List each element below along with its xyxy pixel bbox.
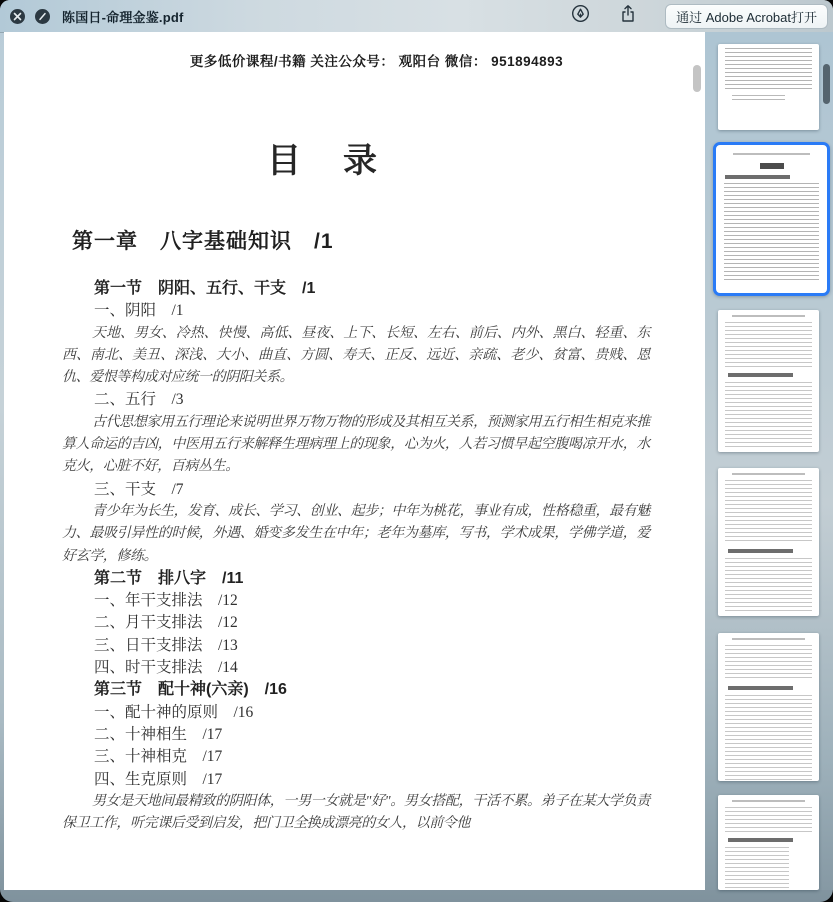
screen: { "titlebar": { "title": "陈国日-命理金鉴.pdf",… — [0, 0, 833, 902]
thumb-text-lines — [725, 382, 812, 448]
thumb-text-lines — [725, 807, 812, 833]
thumb-chapter-heading — [728, 686, 793, 690]
chapter-1-heading: 第一章 八字基础知识 /1 — [72, 225, 334, 255]
thumbnail-page-2-selected[interactable] — [713, 142, 830, 296]
toc-paragraph: 天地、男女、冷热、快慢、高低、昼夜、上下、长短、左右、前后、内外、黑白、轻重、东… — [62, 323, 650, 390]
thumb-running-head — [732, 473, 805, 475]
thumb-running-head — [733, 153, 810, 155]
open-with-acrobat-label: 通过 Adobe Acrobat打开 — [676, 7, 817, 26]
thumb-text-lines — [725, 480, 812, 544]
toc-line: 第三节 配十神(六亲) /16 — [62, 679, 650, 701]
toc-line: 四、时干支排法 /14 — [62, 657, 650, 679]
thumb-text-lines — [725, 322, 812, 368]
window-title: 陈国日-命理金鉴.pdf — [62, 7, 184, 26]
toc-line: 三、日干支排法 /13 — [62, 635, 650, 657]
titlebar: 陈国日-命理金鉴.pdf — [0, 0, 833, 33]
thumbnail-sidebar — [705, 32, 833, 890]
toc-line: 二、十神相生 /17 — [62, 724, 650, 746]
thumb-text-lines — [725, 645, 812, 681]
thumb-text-lines — [724, 183, 819, 283]
thumb-running-head — [732, 800, 805, 802]
toc-line: 一、阴阳 /1 — [62, 300, 650, 322]
toc-line: 二、五行 /3 — [62, 389, 650, 411]
thumbnail-page-3[interactable] — [718, 310, 819, 452]
markup-pen-icon — [571, 4, 590, 28]
toc-line: 三、十神相克 /17 — [62, 746, 650, 768]
toc-paragraph: 男女是天地间最精致的阴阳体，一男一女就是"好"。男女搭配，干活不累。弟子在某大学… — [62, 791, 650, 836]
toc-page-title: 目 录 — [4, 133, 644, 182]
document-scrollbar[interactable] — [693, 65, 701, 92]
thumb-text-lines — [725, 695, 812, 781]
thumb-toc-title — [760, 163, 784, 169]
open-with-acrobat-button[interactable]: 通过 Adobe Acrobat打开 — [665, 4, 828, 29]
sidebar-scrollbar[interactable] — [823, 64, 830, 104]
share-button[interactable] — [617, 5, 639, 27]
thumb-text-lines — [725, 48, 812, 92]
toc-paragraph: 古代思想家用五行理论来说明世界万物万物的形成及其相互关系，预测家用五行相生相克来… — [62, 412, 650, 479]
close-button[interactable] — [10, 9, 25, 24]
stop-icon — [37, 11, 48, 22]
thumb-chapter-heading — [728, 549, 793, 553]
share-icon — [619, 4, 637, 29]
toc-line: 第一节 阴阳、五行、干支 /1 — [62, 278, 650, 300]
markup-button[interactable] — [569, 5, 591, 27]
thumb-text-lines — [725, 847, 789, 890]
thumb-chapter-heading — [725, 175, 790, 179]
toc-line: 第二节 排八字 /11 — [62, 568, 650, 590]
thumb-text-lines — [725, 558, 812, 614]
titlebar-actions: 通过 Adobe Acrobat打开 — [569, 4, 833, 29]
pdf-page-view: 更多低价课程/书籍 关注公众号： 观阳台 微信： 951894893 目 录 第… — [4, 32, 705, 890]
thumbnail-page-1[interactable] — [718, 44, 819, 130]
thumbnail-page-6[interactable] — [718, 795, 819, 890]
thumbnail-page-4[interactable] — [718, 468, 819, 616]
toc-body: 第一节 阴阳、五行、干支 /1 一、阴阳 /1 天地、男女、冷热、快慢、高低、昼… — [62, 278, 650, 835]
thumb-running-head — [732, 315, 805, 317]
thumbnail-page-5[interactable] — [718, 633, 819, 781]
thumb-chapter-heading — [728, 838, 793, 842]
thumb-text-lines — [732, 95, 785, 103]
thumb-running-head — [732, 638, 805, 640]
toc-line: 一、配十神的原则 /16 — [62, 702, 650, 724]
toc-line: 二、月干支排法 /12 — [62, 612, 650, 634]
close-icon — [13, 12, 22, 21]
promo-header: 更多低价课程/书籍 关注公众号： 观阳台 微信： 951894893 — [4, 50, 705, 70]
preview-window: 陈国日-命理金鉴.pdf — [0, 0, 833, 902]
stop-button[interactable] — [35, 9, 50, 24]
thumb-chapter-heading — [728, 373, 793, 377]
toc-line: 四、生克原则 /17 — [62, 769, 650, 791]
toc-line: 三、干支 /7 — [62, 479, 650, 501]
toc-line: 一、年干支排法 /12 — [62, 590, 650, 612]
toc-paragraph: 青少年为长生，发育、成长、学习、创业、起步；中年为桃花，事业有成，性格稳重，最有… — [62, 501, 650, 568]
